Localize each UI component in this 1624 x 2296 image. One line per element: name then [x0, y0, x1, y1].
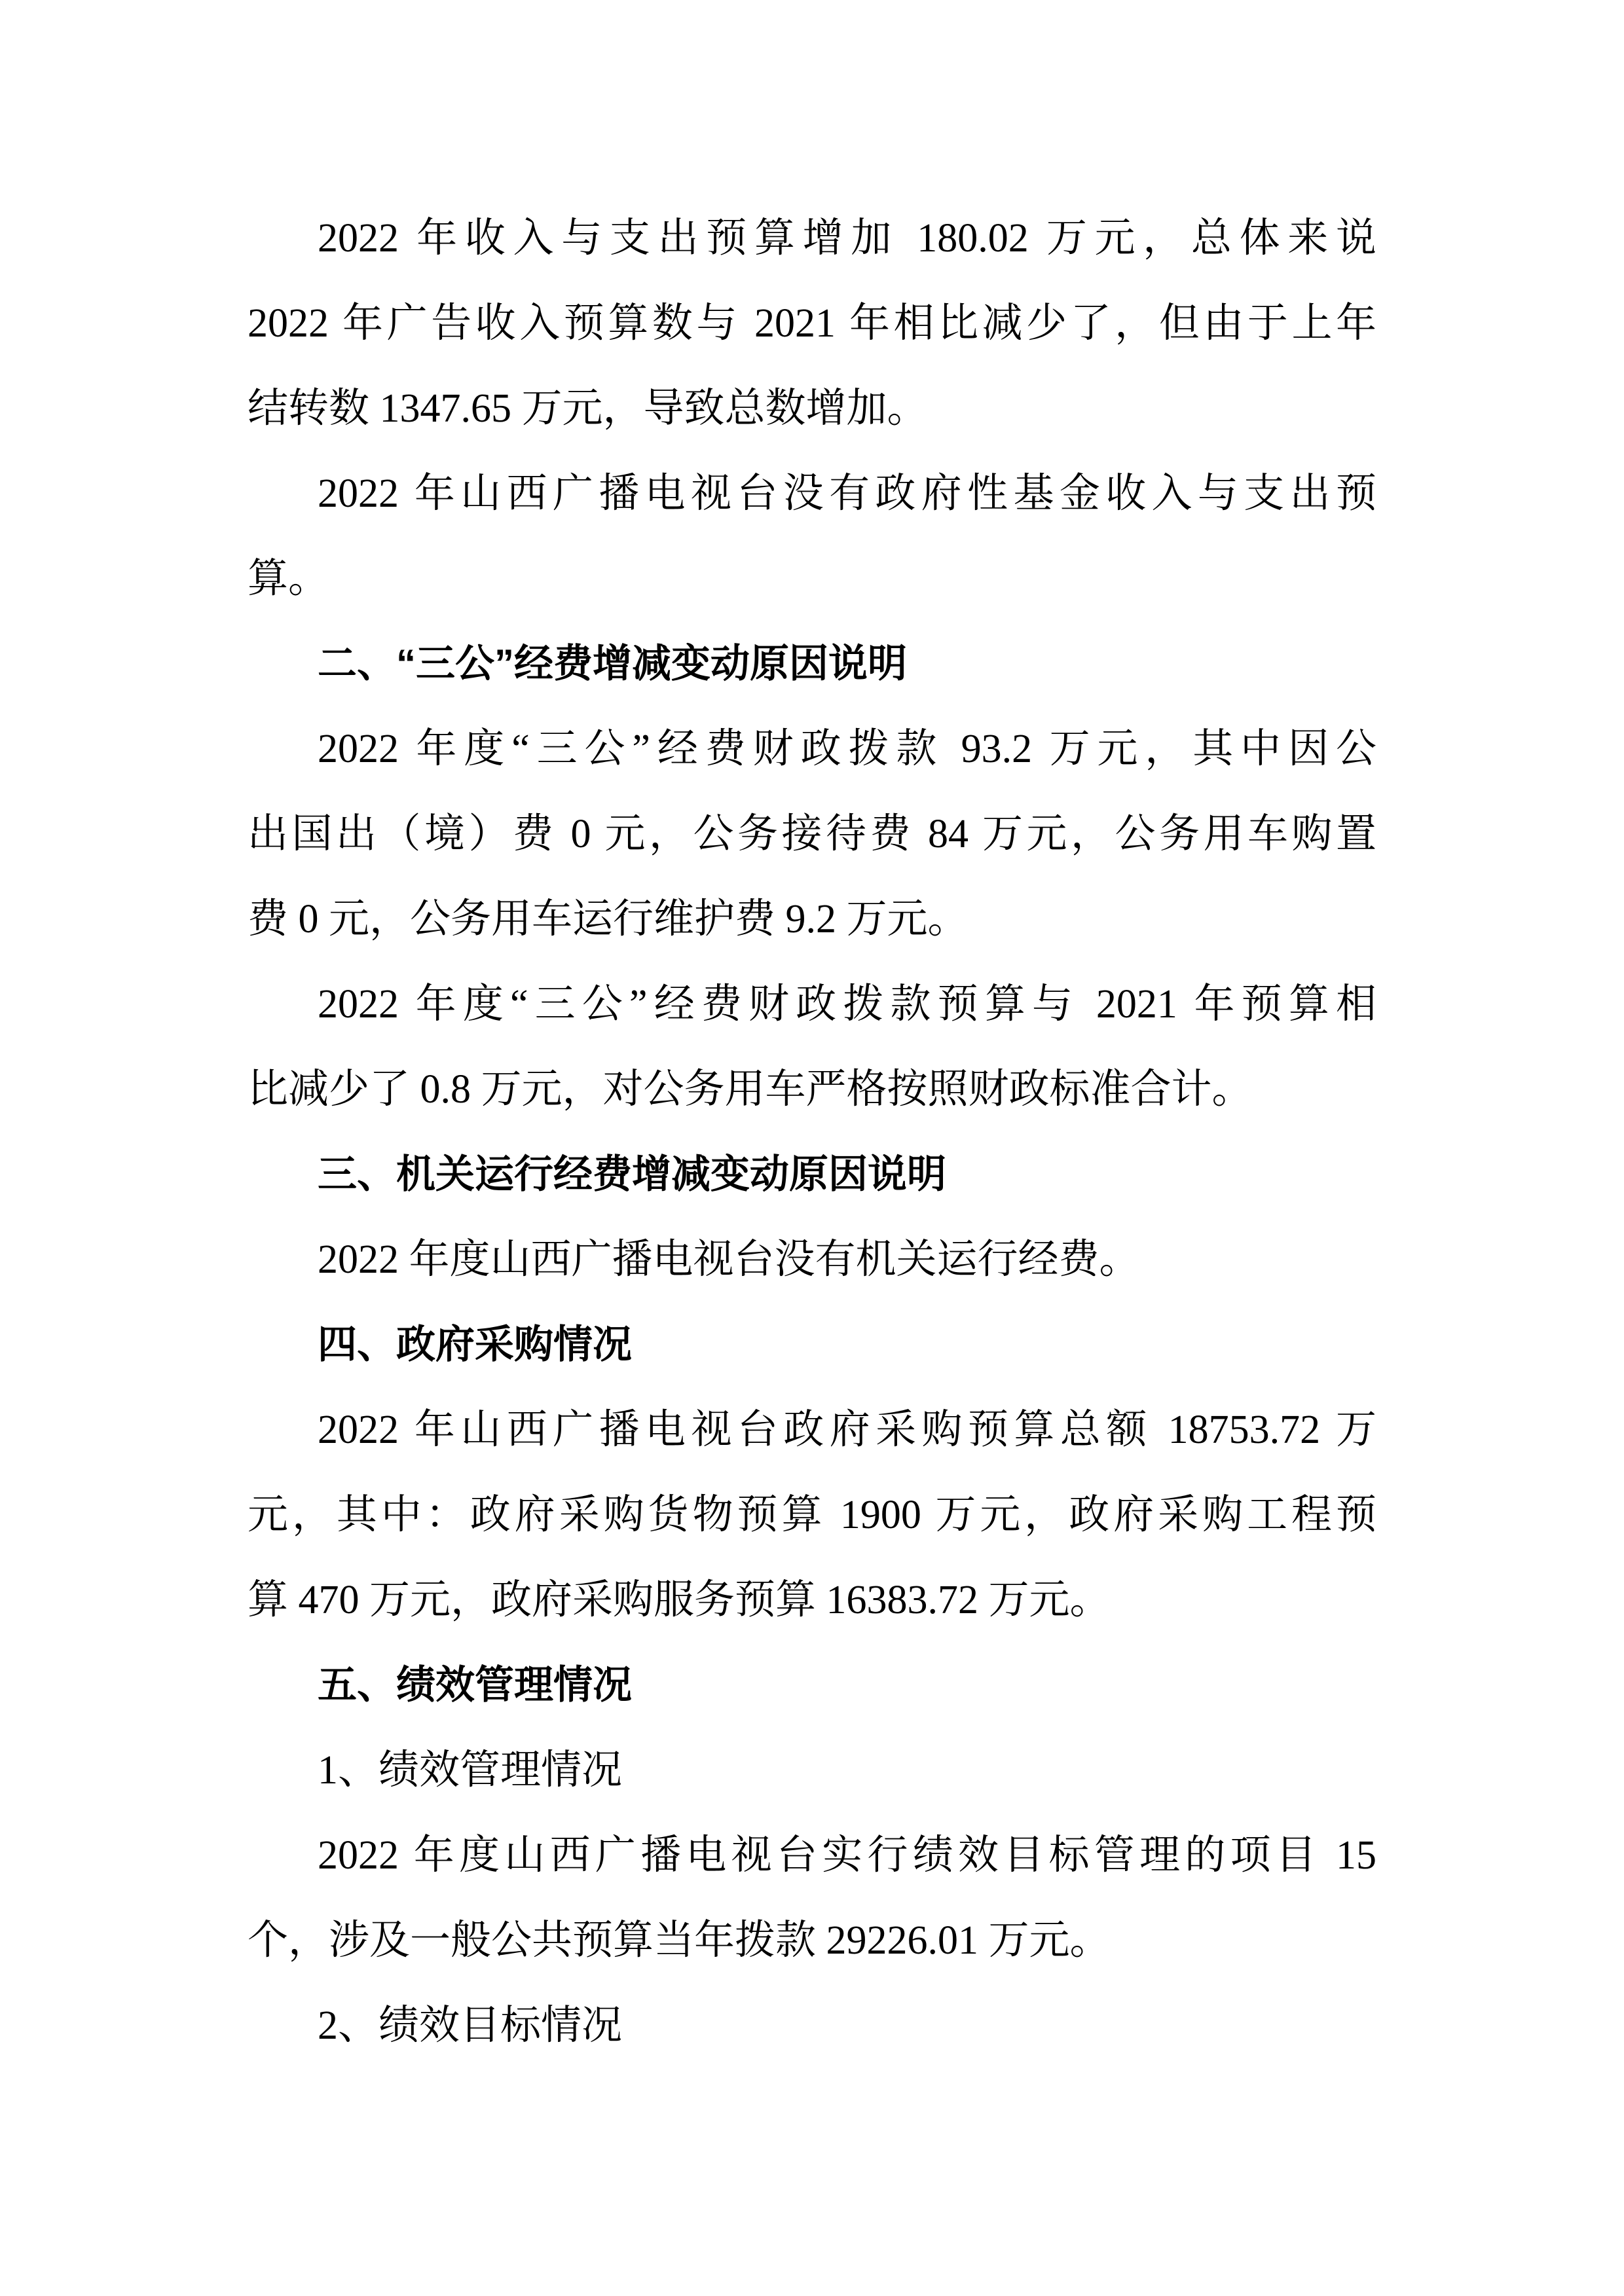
body-line: 2022 年广告收入预算数与 2021 年相比减少了，但由于上年	[248, 281, 1376, 366]
body-line: 算 470 万元，政府采购服务预算 16383.72 万元。	[248, 1558, 1376, 1643]
body-line: 2022 年度山西广播电视台实行绩效目标管理的项目 15	[248, 1813, 1376, 1898]
body-line: 2022 年山西广播电视台政府采购预算总额 18753.72 万	[248, 1387, 1376, 1472]
body-line: 2022 年山西广播电视台没有政府性基金收入与支出预	[248, 451, 1376, 536]
body-line: 2022 年度“三公”经费财政拨款 93.2 万元，其中因公	[248, 706, 1376, 792]
body-line: 结转数 1347.65 万元，导致总数增加。	[248, 366, 1376, 451]
body-line: 算。	[248, 536, 1376, 621]
body-line: 元，其中：政府采购货物预算 1900 万元，政府采购工程预	[248, 1472, 1376, 1558]
body-line: 2、绩效目标情况	[248, 1983, 1376, 2068]
body-line: 2022 年收入与支出预算增加 180.02 万元，总体来说	[248, 196, 1376, 281]
body-line: 1、绩效管理情况	[248, 1728, 1376, 1813]
document-page: 2022 年收入与支出预算增加 180.02 万元，总体来说2022 年广告收入…	[0, 0, 1624, 2296]
body-line: 个，涉及一般公共预算当年拨款 29226.01 万元。	[248, 1898, 1376, 1983]
body-line: 比减少了 0.8 万元，对公务用车严格按照财政标准合计。	[248, 1047, 1376, 1132]
document-body: 2022 年收入与支出预算增加 180.02 万元，总体来说2022 年广告收入…	[248, 196, 1376, 2068]
body-line: 出国出（境）费 0 元，公务接待费 84 万元，公务用车购置	[248, 792, 1376, 877]
heading-line: 三、机关运行经费增减变动原因说明	[248, 1132, 1376, 1217]
heading-line: 四、政府采购情况	[248, 1302, 1376, 1387]
heading-line: 五、绩效管理情况	[248, 1643, 1376, 1728]
body-line: 2022 年度“三公”经费财政拨款预算与 2021 年预算相	[248, 962, 1376, 1047]
body-line: 费 0 元，公务用车运行维护费 9.2 万元。	[248, 877, 1376, 962]
body-line: 2022 年度山西广播电视台没有机关运行经费。	[248, 1217, 1376, 1302]
heading-line: 二、“三公”经费增减变动原因说明	[248, 621, 1376, 706]
